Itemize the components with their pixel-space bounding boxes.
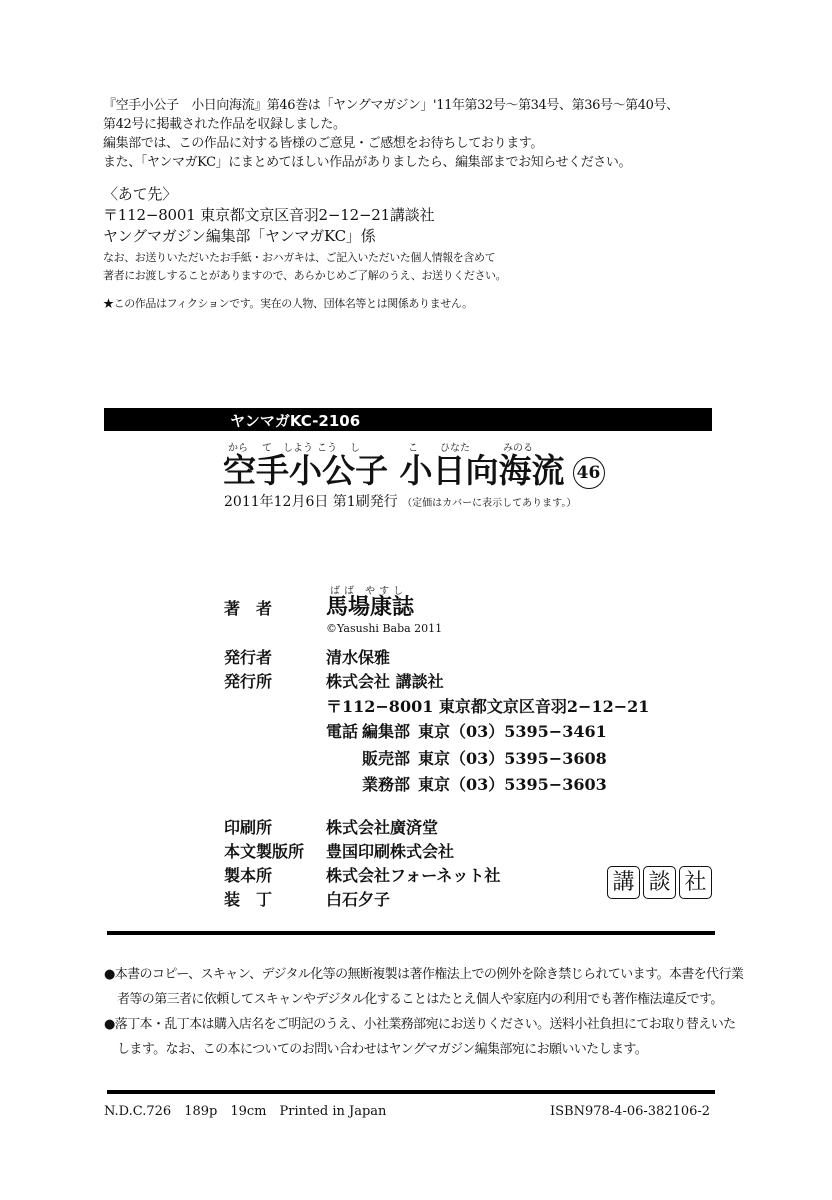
address-note: なお、お送りいただいたお手紙・おハガキは、ご記入いただいた個人情報を含めて — [103, 249, 495, 267]
phone-dept: 業務部 — [362, 773, 410, 797]
printer-label: 印刷所 — [224, 816, 272, 840]
publisher-label: 発行所 — [224, 670, 272, 694]
phone-dept: 編集部 — [362, 720, 410, 744]
title-main: 空手小公子 小日向海流 — [223, 451, 565, 490]
logo-char: 講 — [607, 866, 640, 899]
divider — [107, 931, 715, 935]
intro-line: 『空手小公子 小日向海流』第46巻は「ヤングマガジン」'11年第32号〜第34号… — [103, 96, 679, 115]
phone-number: 東京（03）5395−3461 — [418, 720, 607, 744]
address-note: 著者にお渡しすることがありますので、あらかじめご了解のうえ、お送りください。 — [103, 267, 506, 285]
copyright: ©Yasushi Baba 2011 — [326, 621, 442, 637]
binder-label: 製本所 — [224, 864, 272, 888]
address-line: 〒112−8001 東京都文京区音羽2−12−21講談社 — [103, 205, 434, 225]
plate-label: 本文製版所 — [224, 840, 304, 864]
series-bar: ヤンマガKC-2106 — [104, 408, 712, 431]
divider — [107, 1090, 715, 1094]
logo-char: 社 — [679, 866, 712, 899]
publisher-person: 清水保雅 — [326, 646, 390, 670]
phone-number: 東京（03）5395−3608 — [418, 747, 607, 771]
notice-line: します。なお、この本についてのお問い合わせはヤングマガジン編集部宛にお願いいたし… — [117, 1040, 647, 1059]
publisher: 株式会社 講談社 — [326, 670, 444, 694]
book-title: 空手小公子 小日向海流46 — [223, 451, 605, 491]
phone-label: 電話 — [326, 720, 358, 744]
intro-line: また、「ヤンマガKC」にまとめてほしい作品がありましたら、編集部までお知らせくだ… — [103, 153, 631, 172]
plate: 豊国印刷株式会社 — [326, 840, 454, 864]
publish-line: 2011年12月6日 第1刷発行 （定価はカバーに表示してあります。） — [224, 492, 576, 514]
intro-line: 第42号に掲載された作品を収録しました。 — [103, 115, 346, 134]
isbn: ISBN978-4-06-382106-2 — [550, 1103, 710, 1121]
intro-line: 編集部では、この作品に対する皆様のご意見・ご感想をお待ちしております。 — [103, 134, 543, 153]
fiction-note: ★この作品はフィクションです。実在の人物、団体名等とは関係ありません。 — [103, 295, 473, 313]
publisher-address: 〒112−8001 東京都文京区音羽2−12−21 — [326, 695, 649, 719]
kodansha-logo: 講 談 社 — [607, 866, 712, 899]
phone-dept: 販売部 — [362, 747, 410, 771]
author-label: 著 者 — [224, 597, 272, 621]
binder: 株式会社フォーネット社 — [326, 864, 500, 888]
publisher-person-label: 発行者 — [224, 646, 272, 670]
series-code: ヤンマガKC-2106 — [230, 410, 360, 431]
author-name: 馬場康誌 — [326, 592, 414, 622]
notice-line: 者等の第三者に依頼してスキャンやデジタル化することはたとえ個人や家庭内の利用でも… — [117, 990, 723, 1009]
volume-badge: 46 — [573, 457, 605, 489]
price-note: （定価はカバーに表示してあります。） — [402, 498, 576, 509]
design: 白石夕子 — [326, 888, 390, 912]
design-label: 装 丁 — [224, 888, 272, 912]
address-line: ヤングマガジン編集部「ヤンマガKC」係 — [103, 226, 376, 246]
printer: 株式会社廣済堂 — [326, 816, 438, 840]
publish-date: 2011年12月6日 第1刷発行 — [224, 494, 398, 510]
notice-line: ●落丁本・乱丁本は購入店名をご明記のうえ、小社業務部宛にお送りください。送料小社… — [104, 1015, 736, 1034]
logo-char: 談 — [643, 866, 676, 899]
footer-info: N.D.C.726 189p 19cm Printed in Japan — [104, 1103, 386, 1121]
notice-line: ●本書のコピー、スキャン、デジタル化等の無断複製は著作権法上での例外を除き禁じら… — [104, 965, 743, 984]
phone-number: 東京（03）5395−3603 — [418, 773, 607, 797]
address-heading: 〈あて先〉 — [103, 184, 177, 204]
